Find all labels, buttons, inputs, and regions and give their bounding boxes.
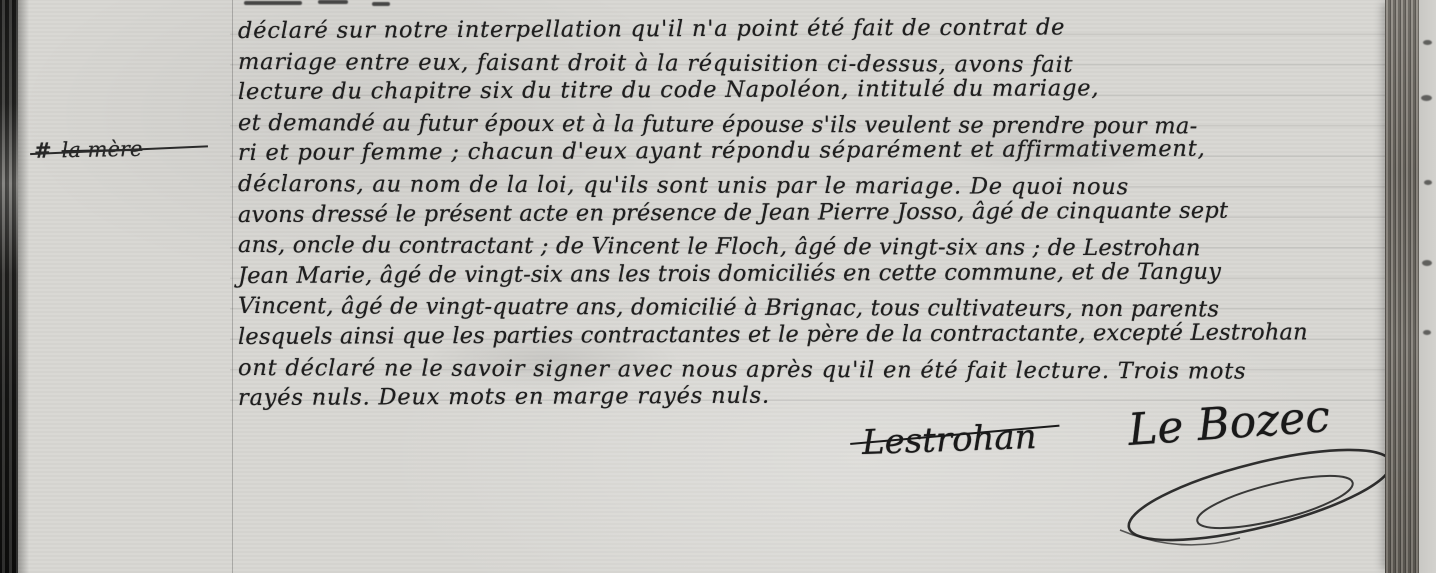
signature-witness: Lestrohan [861, 417, 1037, 463]
manuscript-line: lecture du chapitre six du titre du code… [238, 72, 1388, 108]
ink-bleed-mark [1422, 260, 1432, 266]
margin-annotation: #la mère [34, 134, 229, 162]
margin-rule-line [232, 0, 233, 573]
cropped-line-remnant [244, 1, 302, 5]
binding-shadow [18, 0, 32, 573]
manuscript-line: ri et pour femme ; chacun d'eux ayant ré… [238, 133, 1388, 169]
ink-bleed-mark [1423, 40, 1432, 45]
ink-bleed-mark [1424, 180, 1432, 185]
manuscript-line: Jean Marie, âgé de vingt-six ans les tro… [238, 256, 1388, 292]
ink-bleed-mark [1421, 95, 1432, 101]
manuscript-line: avons dressé le présent acte en présence… [238, 195, 1388, 231]
cropped-line-remnant [372, 2, 390, 6]
act-text-body: déclaré sur notre interpellation qu'il n… [238, 16, 1388, 414]
manuscript-line: déclaré sur notre interpellation qu'il n… [238, 11, 1388, 47]
book-page-edges-right [1385, 0, 1419, 573]
cropped-line-remnant [318, 0, 348, 4]
book-binding-left [0, 0, 18, 573]
registry-page-scan: #la mère déclaré sur notre interpellatio… [0, 0, 1436, 573]
manuscript-line: lesquels ainsi que les parties contracta… [238, 317, 1388, 353]
next-page-sliver [1419, 0, 1436, 573]
ink-bleed-mark [1423, 330, 1431, 335]
margin-insertion-mark: # [34, 137, 52, 162]
